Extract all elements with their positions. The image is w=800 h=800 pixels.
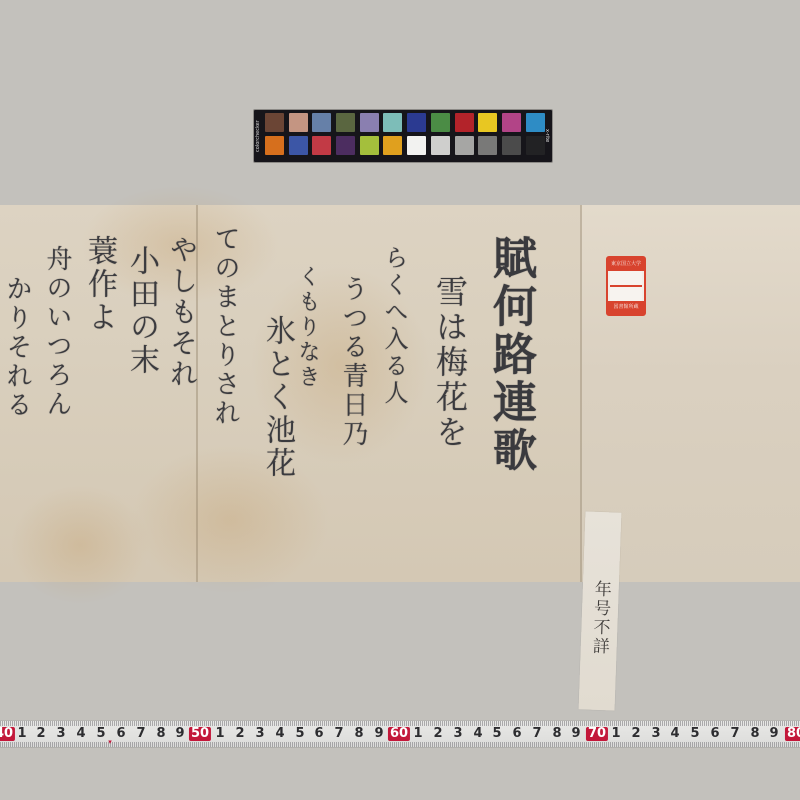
ruler-number: 7: [136, 727, 145, 741]
ruler-number: 9: [769, 727, 778, 741]
color-swatch: [407, 113, 426, 132]
checker-swatch-grid: [265, 113, 545, 155]
manuscript-title-column: 賦何路連歌: [488, 235, 532, 575]
ruler-number: 5: [96, 727, 105, 741]
ruler-number: 9: [175, 727, 184, 741]
color-swatch: [360, 136, 379, 155]
checker-maker-label: x-rite: [542, 116, 550, 156]
ruler-major-number: 80: [785, 727, 800, 741]
label-footer: 図書館所蔵: [608, 301, 644, 314]
ruler-ticks-bottom: [0, 742, 800, 747]
slip-text: 年号不詳: [586, 580, 614, 657]
manuscript-column: 氷とく池花: [262, 315, 292, 575]
color-swatch: [265, 136, 284, 155]
color-swatch: [478, 113, 497, 132]
color-swatch: [502, 136, 521, 155]
color-swatch: [265, 113, 284, 132]
color-swatch: [360, 113, 379, 132]
manuscript-column: やしもそれ: [168, 235, 196, 535]
ruler-number: 4: [76, 727, 85, 741]
ruler-number: 5: [295, 727, 304, 741]
ruler-number: 3: [453, 727, 462, 741]
manuscript-column: 蓑作よ: [84, 235, 114, 555]
manuscript-column: らくへ入る人: [382, 245, 406, 545]
manuscript-column: 雪は梅花を: [434, 275, 466, 575]
measuring-tape: ▾ 40123456789501234567896012345678970123…: [0, 720, 800, 748]
color-swatch: [431, 113, 450, 132]
ruler-number: 4: [275, 727, 284, 741]
ruler-major-number: 60: [388, 727, 410, 741]
ruler-number: 1: [413, 727, 422, 741]
ruler-number: 6: [710, 727, 719, 741]
ruler-number: 7: [730, 727, 739, 741]
ruler-major-number: 40: [0, 727, 15, 741]
color-swatch: [407, 136, 426, 155]
ruler-number: 5: [690, 727, 699, 741]
ruler-number: 3: [56, 727, 65, 741]
ruler-number: 8: [552, 727, 561, 741]
ruler-major-number: 50: [189, 727, 211, 741]
manuscript-column: かりそれる: [4, 275, 30, 555]
color-swatch: [312, 113, 331, 132]
ruler-number: 4: [473, 727, 482, 741]
color-swatch: [336, 113, 355, 132]
color-swatch: [455, 113, 474, 132]
manuscript-column: 舟のいつろん: [44, 245, 70, 545]
color-swatch: [383, 113, 402, 132]
ruler-number: 7: [334, 727, 343, 741]
ruler-number: 3: [255, 727, 264, 741]
color-swatch: [431, 136, 450, 155]
ruler-number: 1: [215, 727, 224, 741]
color-swatch: [502, 113, 521, 132]
color-checker-chart: colorchecker x-rite: [254, 110, 552, 162]
date-slip: 年号不詳: [579, 511, 622, 710]
ruler-number: 2: [433, 727, 442, 741]
label-field: [610, 287, 642, 301]
manuscript-column: うつる青日乃: [340, 275, 366, 575]
label-header: 東京国立大学: [608, 258, 644, 271]
ruler-number: 6: [512, 727, 521, 741]
ruler-number: 4: [670, 727, 679, 741]
color-swatch: [312, 136, 331, 155]
ruler-number: 6: [116, 727, 125, 741]
ruler-number: 9: [374, 727, 383, 741]
ruler-marker-icon: ▾: [108, 738, 112, 746]
ruler-number: 9: [571, 727, 580, 741]
ruler-number: 2: [631, 727, 640, 741]
ruler-number: 1: [611, 727, 620, 741]
ruler-number: 8: [156, 727, 165, 741]
paper-seam: [580, 205, 582, 582]
ruler-number: 6: [314, 727, 323, 741]
ruler-number: 8: [750, 727, 759, 741]
ruler-number: 7: [532, 727, 541, 741]
ruler-number: 8: [354, 727, 363, 741]
color-swatch: [289, 113, 308, 132]
ruler-number: 1: [17, 727, 26, 741]
manuscript-column: てのまとりされ: [212, 225, 238, 525]
color-swatch: [455, 136, 474, 155]
manuscript-scroll: 賦何路連歌 雪は梅花を らくへ入る人 うつる青日乃 くもりなき 氷とく池花 ての…: [0, 205, 800, 582]
ruler-number: 2: [36, 727, 45, 741]
checker-brand-label: colorchecker: [255, 116, 263, 156]
manuscript-column: くもりなき: [296, 265, 318, 465]
color-swatch: [383, 136, 402, 155]
label-field: [610, 271, 642, 287]
ruler-number: 3: [651, 727, 660, 741]
ruler-number: 2: [235, 727, 244, 741]
accession-label: 東京国立大学 図書館所蔵: [606, 256, 646, 316]
color-swatch: [478, 136, 497, 155]
color-swatch: [289, 136, 308, 155]
ruler-number: 5: [492, 727, 501, 741]
color-swatch: [336, 136, 355, 155]
ruler-major-number: 70: [586, 727, 608, 741]
manuscript-column: 小田の末: [126, 245, 156, 545]
